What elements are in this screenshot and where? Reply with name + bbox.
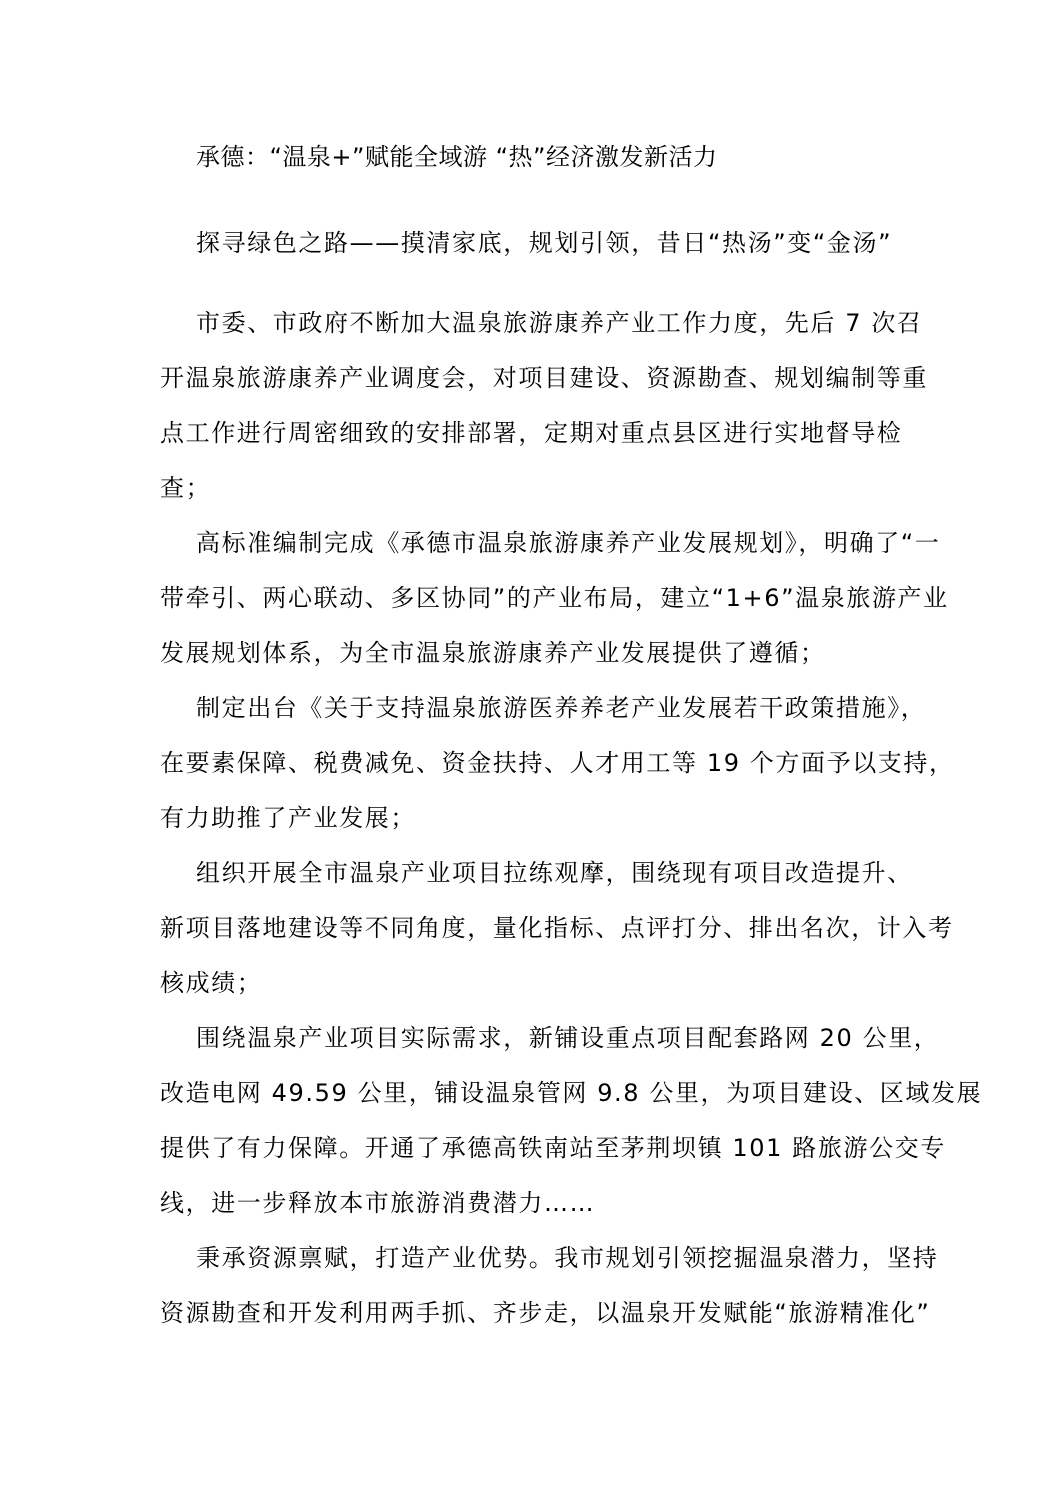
paragraph-line: 带牵引、两心联动、多区协同”的产业布局，建立“1+6”温泉旅游产业 [160,583,949,613]
document-page: 承德：“温泉+”赋能全域游 “热”经济激发新活力 探寻绿色之路——摸清家底，规划… [0,0,1059,1497]
paragraph-line: 在要素保障、税费减免、资金扶持、人才用工等 19 个方面予以支持， [160,748,955,778]
paragraph-line: 开温泉旅游康养产业调度会，对项目建设、资源勘查、规划编制等重 [160,363,928,393]
paragraph-line: 改造电网 49.59 公里，铺设温泉管网 9.8 公里，为项目建设、区域发展 [160,1078,982,1108]
paragraph-line: 提供了有力保障。开通了承德高铁南站至茅荆坝镇 101 路旅游公交专 [160,1133,946,1163]
paragraph-line: 组织开展全市温泉产业项目拉练观摩，围绕现有项目改造提升、 [196,858,913,888]
paragraph-line: 围绕温泉产业项目实际需求，新铺设重点项目配套路网 20 公里， [196,1023,939,1053]
paragraph-line: 点工作进行周密细致的安排部署，定期对重点县区进行实地督导检 [160,418,902,448]
document-title: 承德：“温泉+”赋能全域游 “热”经济激发新活力 [196,141,717,173]
paragraph-line: 秉承资源禀赋，打造产业优势。我市规划引领挖掘温泉潜力，坚持 [196,1243,938,1273]
paragraph-line: 核成绩； [160,968,262,998]
paragraph-line: 制定出台《关于支持温泉旅游医养养老产业发展若干政策措施》， [196,693,926,723]
paragraph-line: 资源勘查和开发利用两手抓、齐步走，以温泉开发赋能“旅游精准化” [160,1298,930,1328]
section-heading: 探寻绿色之路——摸清家底，规划引领，昔日“热汤”变“金汤” [196,228,892,258]
paragraph-line: 新项目落地建设等不同角度，量化指标、点评打分、排出名次，计入考 [160,913,954,943]
paragraph-line: 高标准编制完成《承德市温泉旅游康养产业发展规划》，明确了“一 [196,528,940,558]
paragraph-line: 发展规划体系，为全市温泉旅游康养产业发展提供了遵循； [160,638,826,668]
paragraph-line: 市委、市政府不断加大温泉旅游康养产业工作力度，先后 7 次召 [196,308,923,338]
paragraph-line: 查； [160,473,211,503]
paragraph-line: 线，进一步释放本市旅游消费潜力…… [160,1188,595,1218]
paragraph-line: 有力助推了产业发展； [160,803,416,833]
